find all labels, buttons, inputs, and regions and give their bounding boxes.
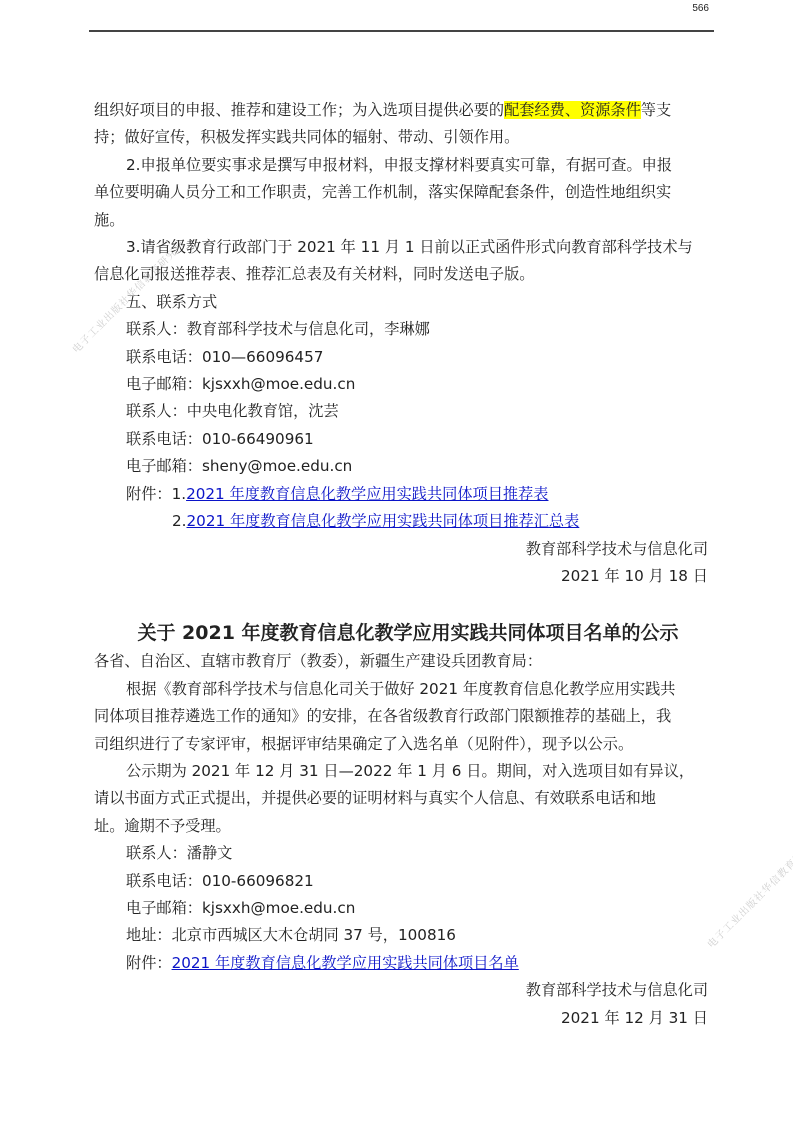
paragraph-line: 同体项目推荐遴选工作的通知》的安排，在各省级教育行政部门限额推荐的基础上，我 xyxy=(94,703,714,730)
paragraph-line: 司组织进行了专家评审，根据评审结果确定了入选名单（见附件），现予以公示。 xyxy=(94,731,714,758)
paragraph: 根据《教育部科学技术与信息化司关于做好 2021 年度教育信息化教学应用实践共 xyxy=(94,676,714,703)
paragraph: 2.申报单位要实事求是撰写申报材料，申报支撑材料要真实可靠，有据可查。申报 xyxy=(94,152,714,179)
date: 2021 年 10 月 18 日 xyxy=(94,563,714,590)
signature: 教育部科学技术与信息化司 xyxy=(94,977,714,1004)
section-heading: 五、联系方式 xyxy=(94,289,714,316)
paragraph-line: 请以书面方式正式提出，并提供必要的证明材料与真实个人信息、有效联系电话和地 xyxy=(94,785,714,812)
contact-line: 电子邮箱：kjsxxh@moe.edu.cn xyxy=(94,371,714,398)
attachment-link-1[interactable]: 2021 年度教育信息化教学应用实践共同体项目推荐表 xyxy=(186,485,548,503)
document-body: 组织好项目的申报、推荐和建设工作；为入选项目提供必要的配套经费、资源条件等支 持… xyxy=(94,97,714,1032)
paragraph-line: 址。逾期不予受理。 xyxy=(94,813,714,840)
spacer xyxy=(94,590,714,618)
attachments-label: 附件： xyxy=(126,485,172,503)
highlighted-text: 配套经费、资源条件 xyxy=(504,101,641,119)
attachment-line: 附件：2021 年度教育信息化教学应用实践共同体项目名单 xyxy=(94,950,714,977)
contact-line: 联系人：潘静文 xyxy=(94,840,714,867)
salutation: 各省、自治区、直辖市教育厅（教委），新疆生产建设兵团教育局： xyxy=(94,648,714,675)
contact-line: 联系电话：010—66096457 xyxy=(94,344,714,371)
paragraph: 公示期为 2021 年 12 月 31 日—2022 年 1 月 6 日。期间，… xyxy=(94,758,714,785)
attachment-link-2[interactable]: 2021 年度教育信息化教学应用实践共同体项目推荐汇总表 xyxy=(187,512,580,530)
contact-line: 电子邮箱：kjsxxh@moe.edu.cn xyxy=(94,895,714,922)
page-number: 566 xyxy=(692,3,709,14)
contact-line: 电子邮箱：sheny@moe.edu.cn xyxy=(94,453,714,480)
contact-line: 联系电话：010-66490961 xyxy=(94,426,714,453)
watermark: 电子工业出版社华信教育研究所 xyxy=(703,831,793,951)
text: 组织好项目的申报、推荐和建设工作；为入选项目提供必要的 xyxy=(94,101,504,119)
signature: 教育部科学技术与信息化司 xyxy=(94,536,714,563)
attachment-number: 1. xyxy=(172,485,187,503)
contact-line: 联系电话：010-66096821 xyxy=(94,868,714,895)
paragraph: 3.请省级教育行政部门于 2021 年 11 月 1 日前以正式函件形式向教育部… xyxy=(94,234,714,261)
address-line: 地址：北京市西城区大木仓胡同 37 号，100816 xyxy=(94,922,714,949)
text: 等支 xyxy=(641,101,671,119)
date: 2021 年 12 月 31 日 xyxy=(94,1005,714,1032)
paragraph-line: 信息化司报送推荐表、推荐汇总表及有关材料，同时发送电子版。 xyxy=(94,261,714,288)
header-rule xyxy=(89,30,714,32)
attachment-link-list[interactable]: 2021 年度教育信息化教学应用实践共同体项目名单 xyxy=(172,954,519,972)
paragraph: 组织好项目的申报、推荐和建设工作；为入选项目提供必要的配套经费、资源条件等支 xyxy=(94,97,714,124)
contact-line: 联系人：中央电化教育馆，沈芸 xyxy=(94,398,714,425)
contact-line: 联系人：教育部科学技术与信息化司，李琳娜 xyxy=(94,316,714,343)
attachments-label: 附件： xyxy=(126,954,172,972)
notice-title: 关于 2021 年度教育信息化教学应用实践共同体项目名单的公示 xyxy=(94,618,714,648)
paragraph-line: 持；做好宣传，积极发挥实践共同体的辐射、带动、引领作用。 xyxy=(94,124,714,151)
paragraph-line: 单位要明确人员分工和工作职责，完善工作机制，落实保障配套条件，创造性地组织实 xyxy=(94,179,714,206)
attachment-number: 2. xyxy=(172,512,187,530)
paragraph-line: 施。 xyxy=(94,207,714,234)
attachment-line: 2.2021 年度教育信息化教学应用实践共同体项目推荐汇总表 xyxy=(94,508,714,535)
attachment-line: 附件：1.2021 年度教育信息化教学应用实践共同体项目推荐表 xyxy=(94,481,714,508)
